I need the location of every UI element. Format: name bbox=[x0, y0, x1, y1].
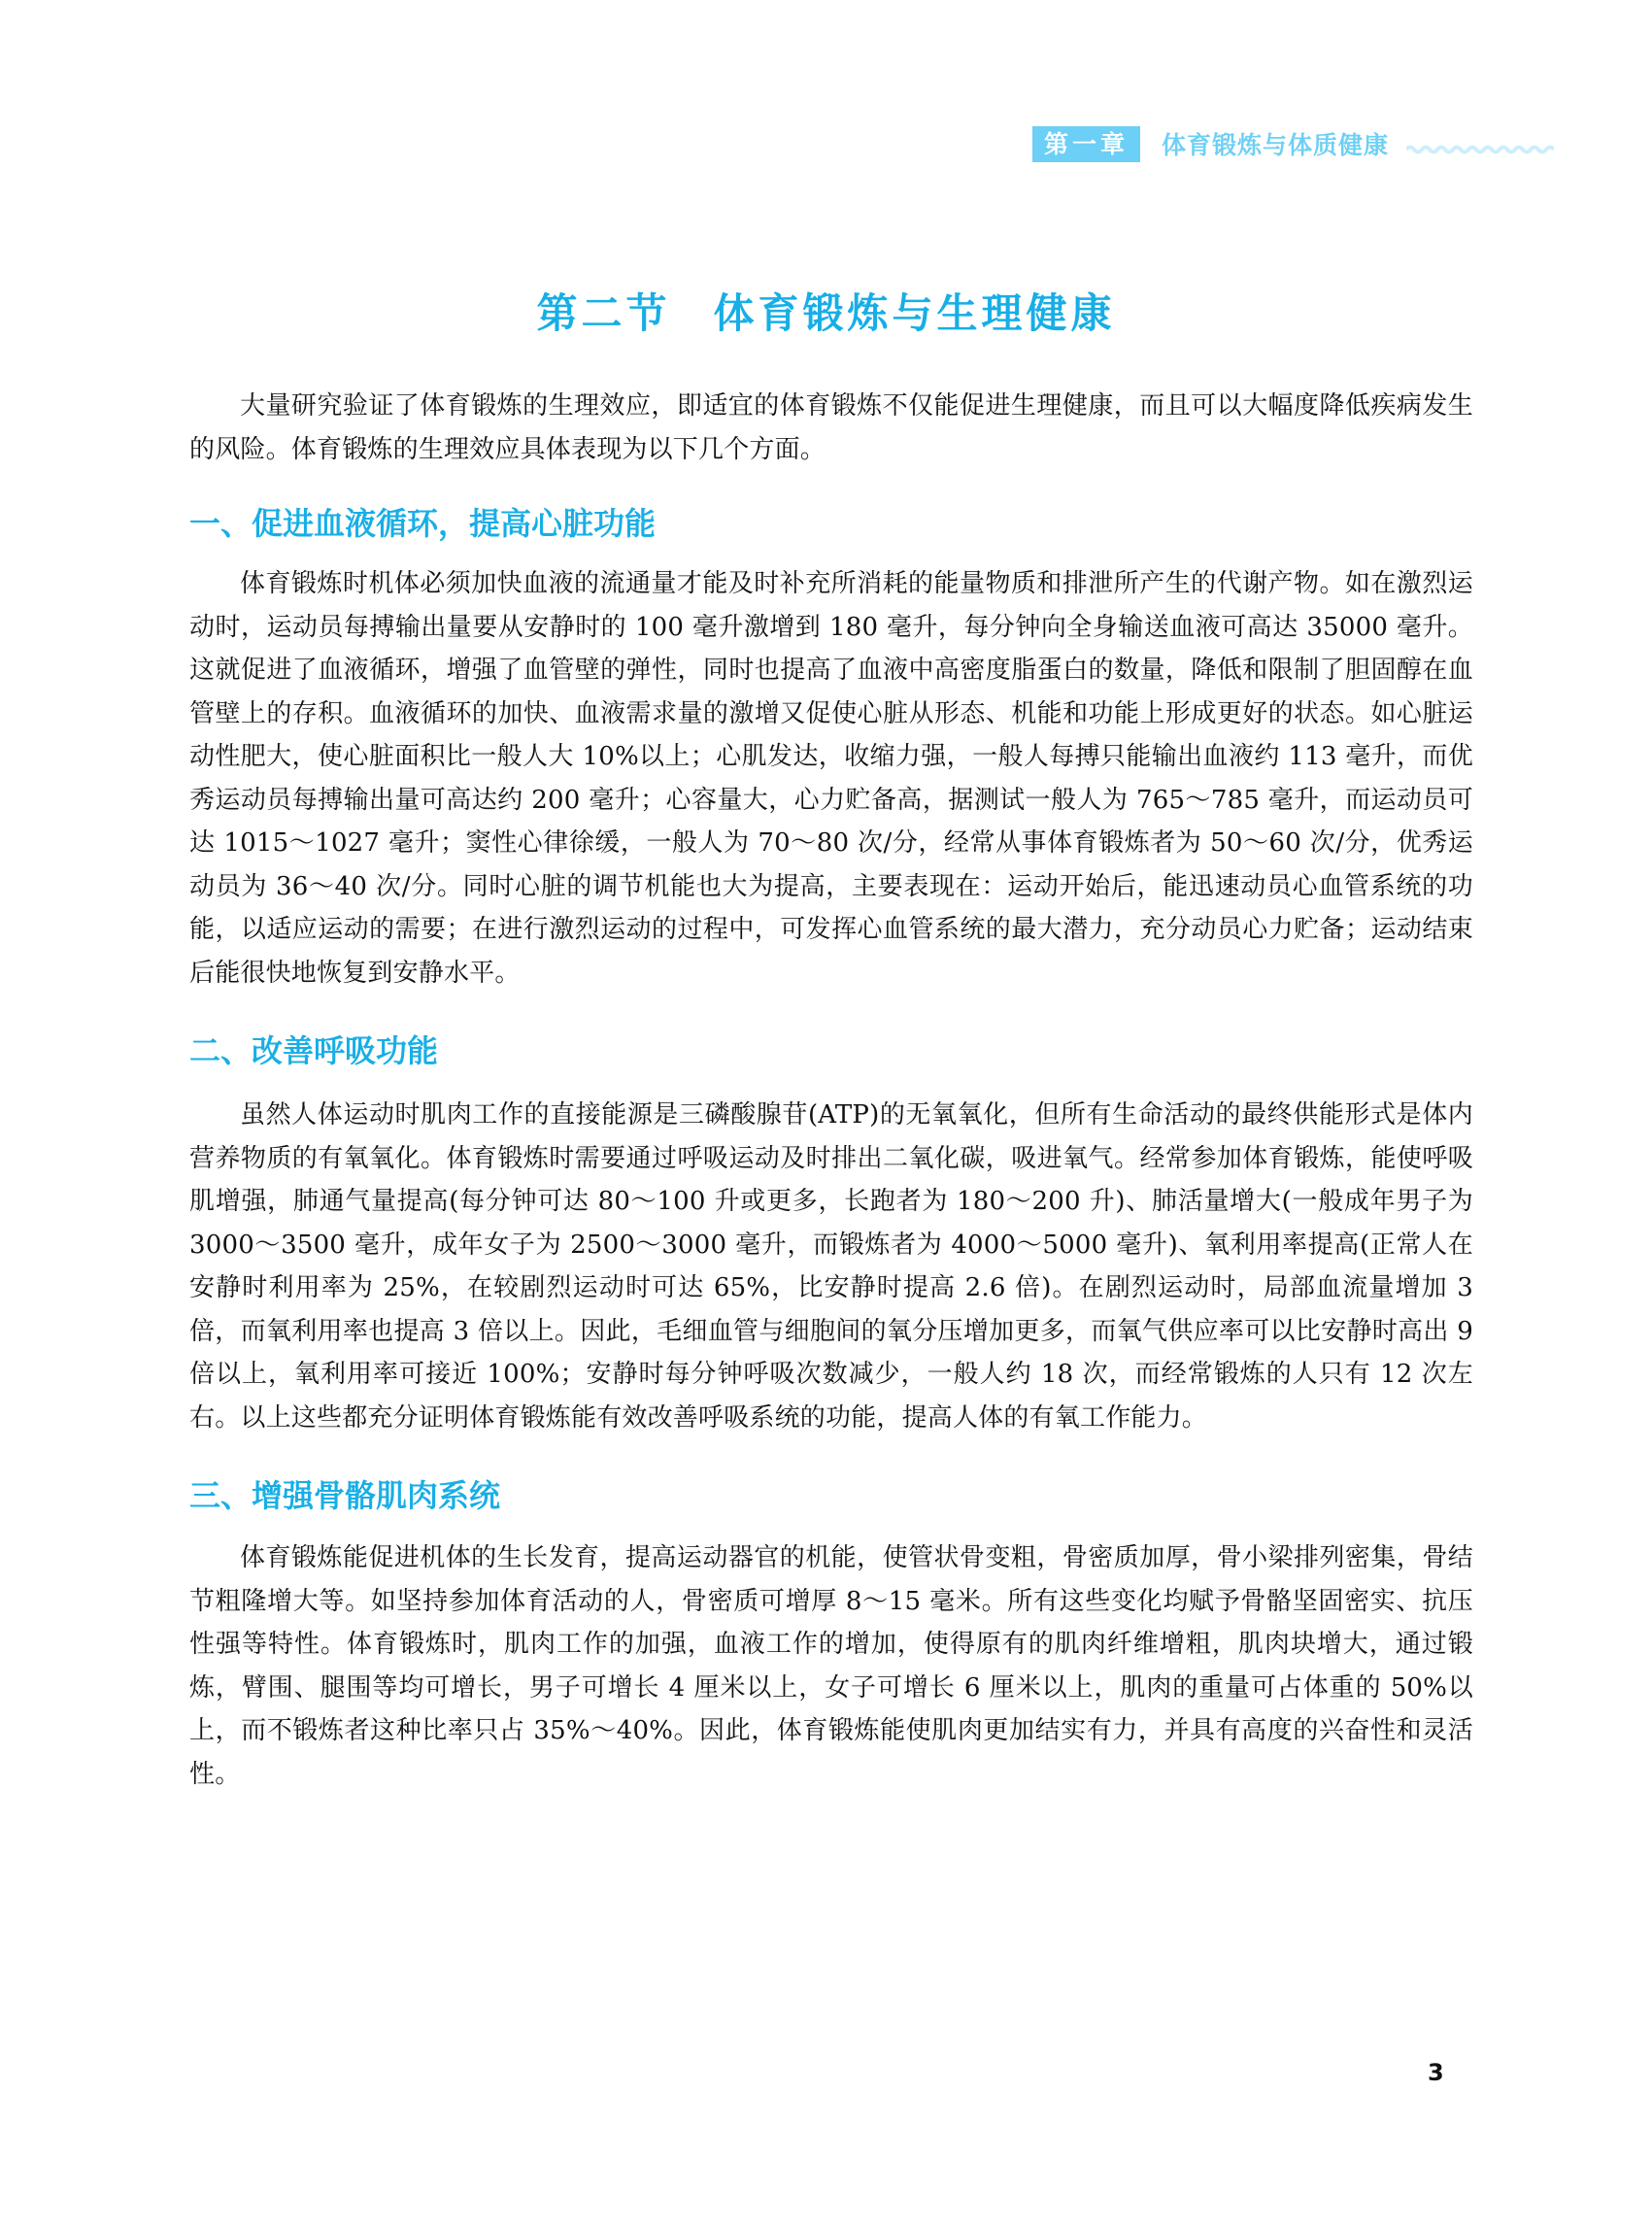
section-number: 第二节 bbox=[536, 289, 670, 337]
subsection-body-1: 体育锻炼时机体必须加快血液的流通量才能及时补充所消耗的能量物质和排泄所产生的代谢… bbox=[189, 562, 1473, 995]
section-title: 第二节体育锻炼与生理健康 bbox=[0, 282, 1652, 340]
subsection-heading-1: 一、促进血液循环，提高心脏功能 bbox=[189, 502, 1473, 545]
intro-paragraph: 大量研究验证了体育锻炼的生理效应，即适宜的体育锻炼不仅能促进生理健康，而且可以大… bbox=[189, 385, 1473, 471]
page-number: 3 bbox=[1428, 2059, 1444, 2086]
page-body: 大量研究验证了体育锻炼的生理效应，即适宜的体育锻炼不仅能促进生理健康，而且可以大… bbox=[189, 385, 1473, 1796]
chapter-badge: 第一章 bbox=[1032, 126, 1140, 162]
running-header: 第一章 体育锻炼与体质健康 bbox=[1032, 126, 1554, 161]
section-heading: 体育锻炼与生理健康 bbox=[714, 289, 1116, 337]
subsection-heading-2: 二、改善呼吸功能 bbox=[189, 1029, 1473, 1072]
subsection-body-2: 虽然人体运动时肌肉工作的直接能源是三磷酸腺苷(ATP)的无氧氧化，但所有生命活动… bbox=[189, 1094, 1473, 1439]
chapter-title: 体育锻炼与体质健康 bbox=[1162, 126, 1389, 161]
subsection-body-3: 体育锻炼能促进机体的生长发育，提高运动器官的机能，使管状骨变粗，骨密质加厚，骨小… bbox=[189, 1536, 1473, 1796]
subsection-heading-3: 三、增强骨骼肌肉系统 bbox=[189, 1474, 1473, 1517]
wave-decoration-icon bbox=[1406, 143, 1554, 156]
